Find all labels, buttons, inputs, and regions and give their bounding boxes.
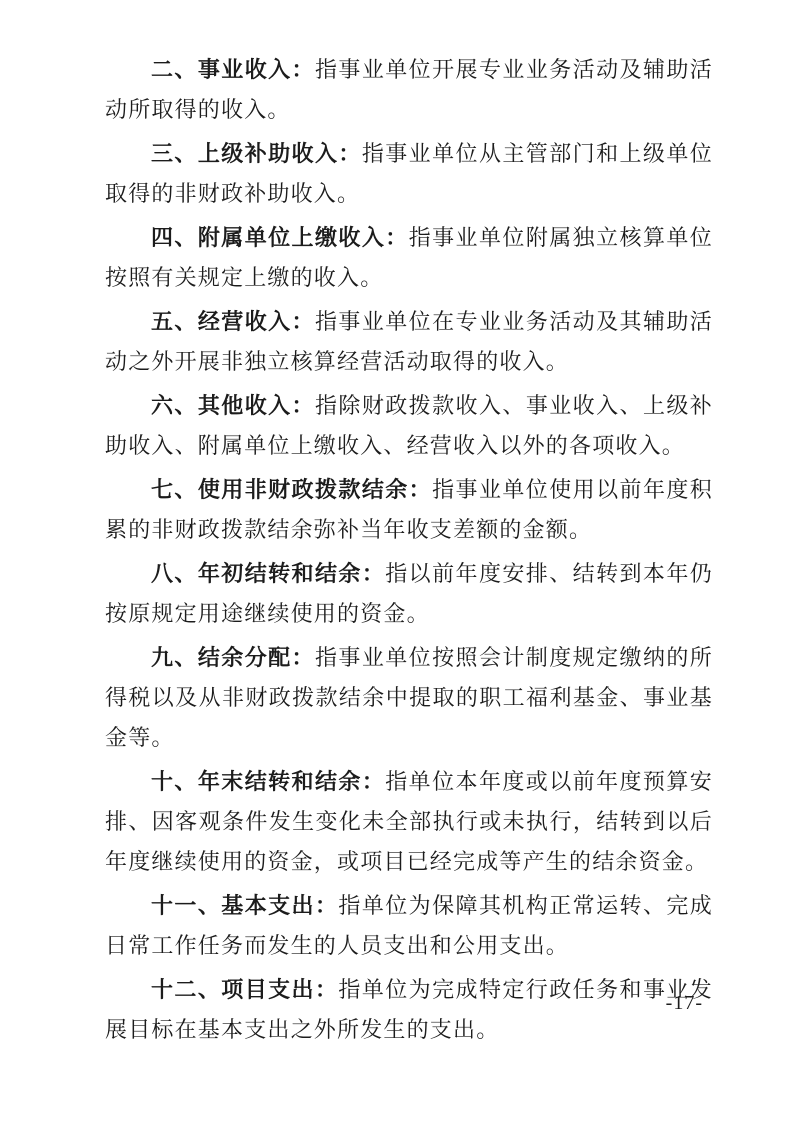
definition-term: 五、经营收入： xyxy=(151,309,315,334)
definition-paragraph: 十、年末结转和结余：指单位本年度或以前年度预算安排、因客观条件发生变化未全部执行… xyxy=(105,762,713,882)
document-page: 二、事业收入：指事业单位开展专业业务活动及辅助活动所取得的收入。 三、上级补助收… xyxy=(0,0,793,1122)
definition-term: 三、上级补助收入： xyxy=(151,141,362,166)
definition-term: 四、附属单位上缴收入： xyxy=(151,225,409,250)
definition-paragraph: 五、经营收入：指事业单位在专业业务活动及其辅助活动之外开展非独立核算经营活动取得… xyxy=(105,302,713,382)
definition-paragraph: 九、结余分配：指事业单位按照会计制度规定缴纳的所得税以及从非财政拨款结余中提取的… xyxy=(105,638,713,758)
definition-term: 十一、基本支出： xyxy=(151,893,338,918)
definition-term: 九、结余分配： xyxy=(151,645,315,670)
definition-paragraph: 十一、基本支出：指单位为保障其机构正常运转、完成日常工作任务而发生的人员支出和公… xyxy=(105,886,713,966)
definitions-list: 二、事业收入：指事业单位开展专业业务活动及辅助活动所取得的收入。 三、上级补助收… xyxy=(105,50,713,1054)
definition-paragraph: 六、其他收入：指除财政拨款收入、事业收入、上级补助收入、附属单位上缴收入、经营收… xyxy=(105,386,713,466)
definition-paragraph: 四、附属单位上缴收入：指事业单位附属独立核算单位按照有关规定上缴的收入。 xyxy=(105,218,713,298)
definition-term: 二、事业收入： xyxy=(151,57,315,82)
definition-paragraph: 七、使用非财政拨款结余：指事业单位使用以前年度积累的非财政拨款结余弥补当年收支差… xyxy=(105,470,713,550)
definition-term: 八、年初结转和结余： xyxy=(151,561,385,586)
definition-term: 十、年末结转和结余： xyxy=(151,769,385,794)
definition-paragraph: 八、年初结转和结余：指以前年度安排、结转到本年仍按原规定用途继续使用的资金。 xyxy=(105,554,713,634)
definition-term: 七、使用非财政拨款结余： xyxy=(151,477,432,502)
definition-term: 十二、项目支出： xyxy=(151,977,338,1002)
definition-paragraph: 三、上级补助收入：指事业单位从主管部门和上级单位取得的非财政补助收入。 xyxy=(105,134,713,214)
definition-paragraph: 二、事业收入：指事业单位开展专业业务活动及辅助活动所取得的收入。 xyxy=(105,50,713,130)
definition-term: 六、其他收入： xyxy=(151,393,315,418)
page-number: -17- xyxy=(666,992,703,1015)
definition-paragraph: 十二、项目支出：指单位为完成特定行政任务和事业发展目标在基本支出之外所发生的支出… xyxy=(105,970,713,1050)
